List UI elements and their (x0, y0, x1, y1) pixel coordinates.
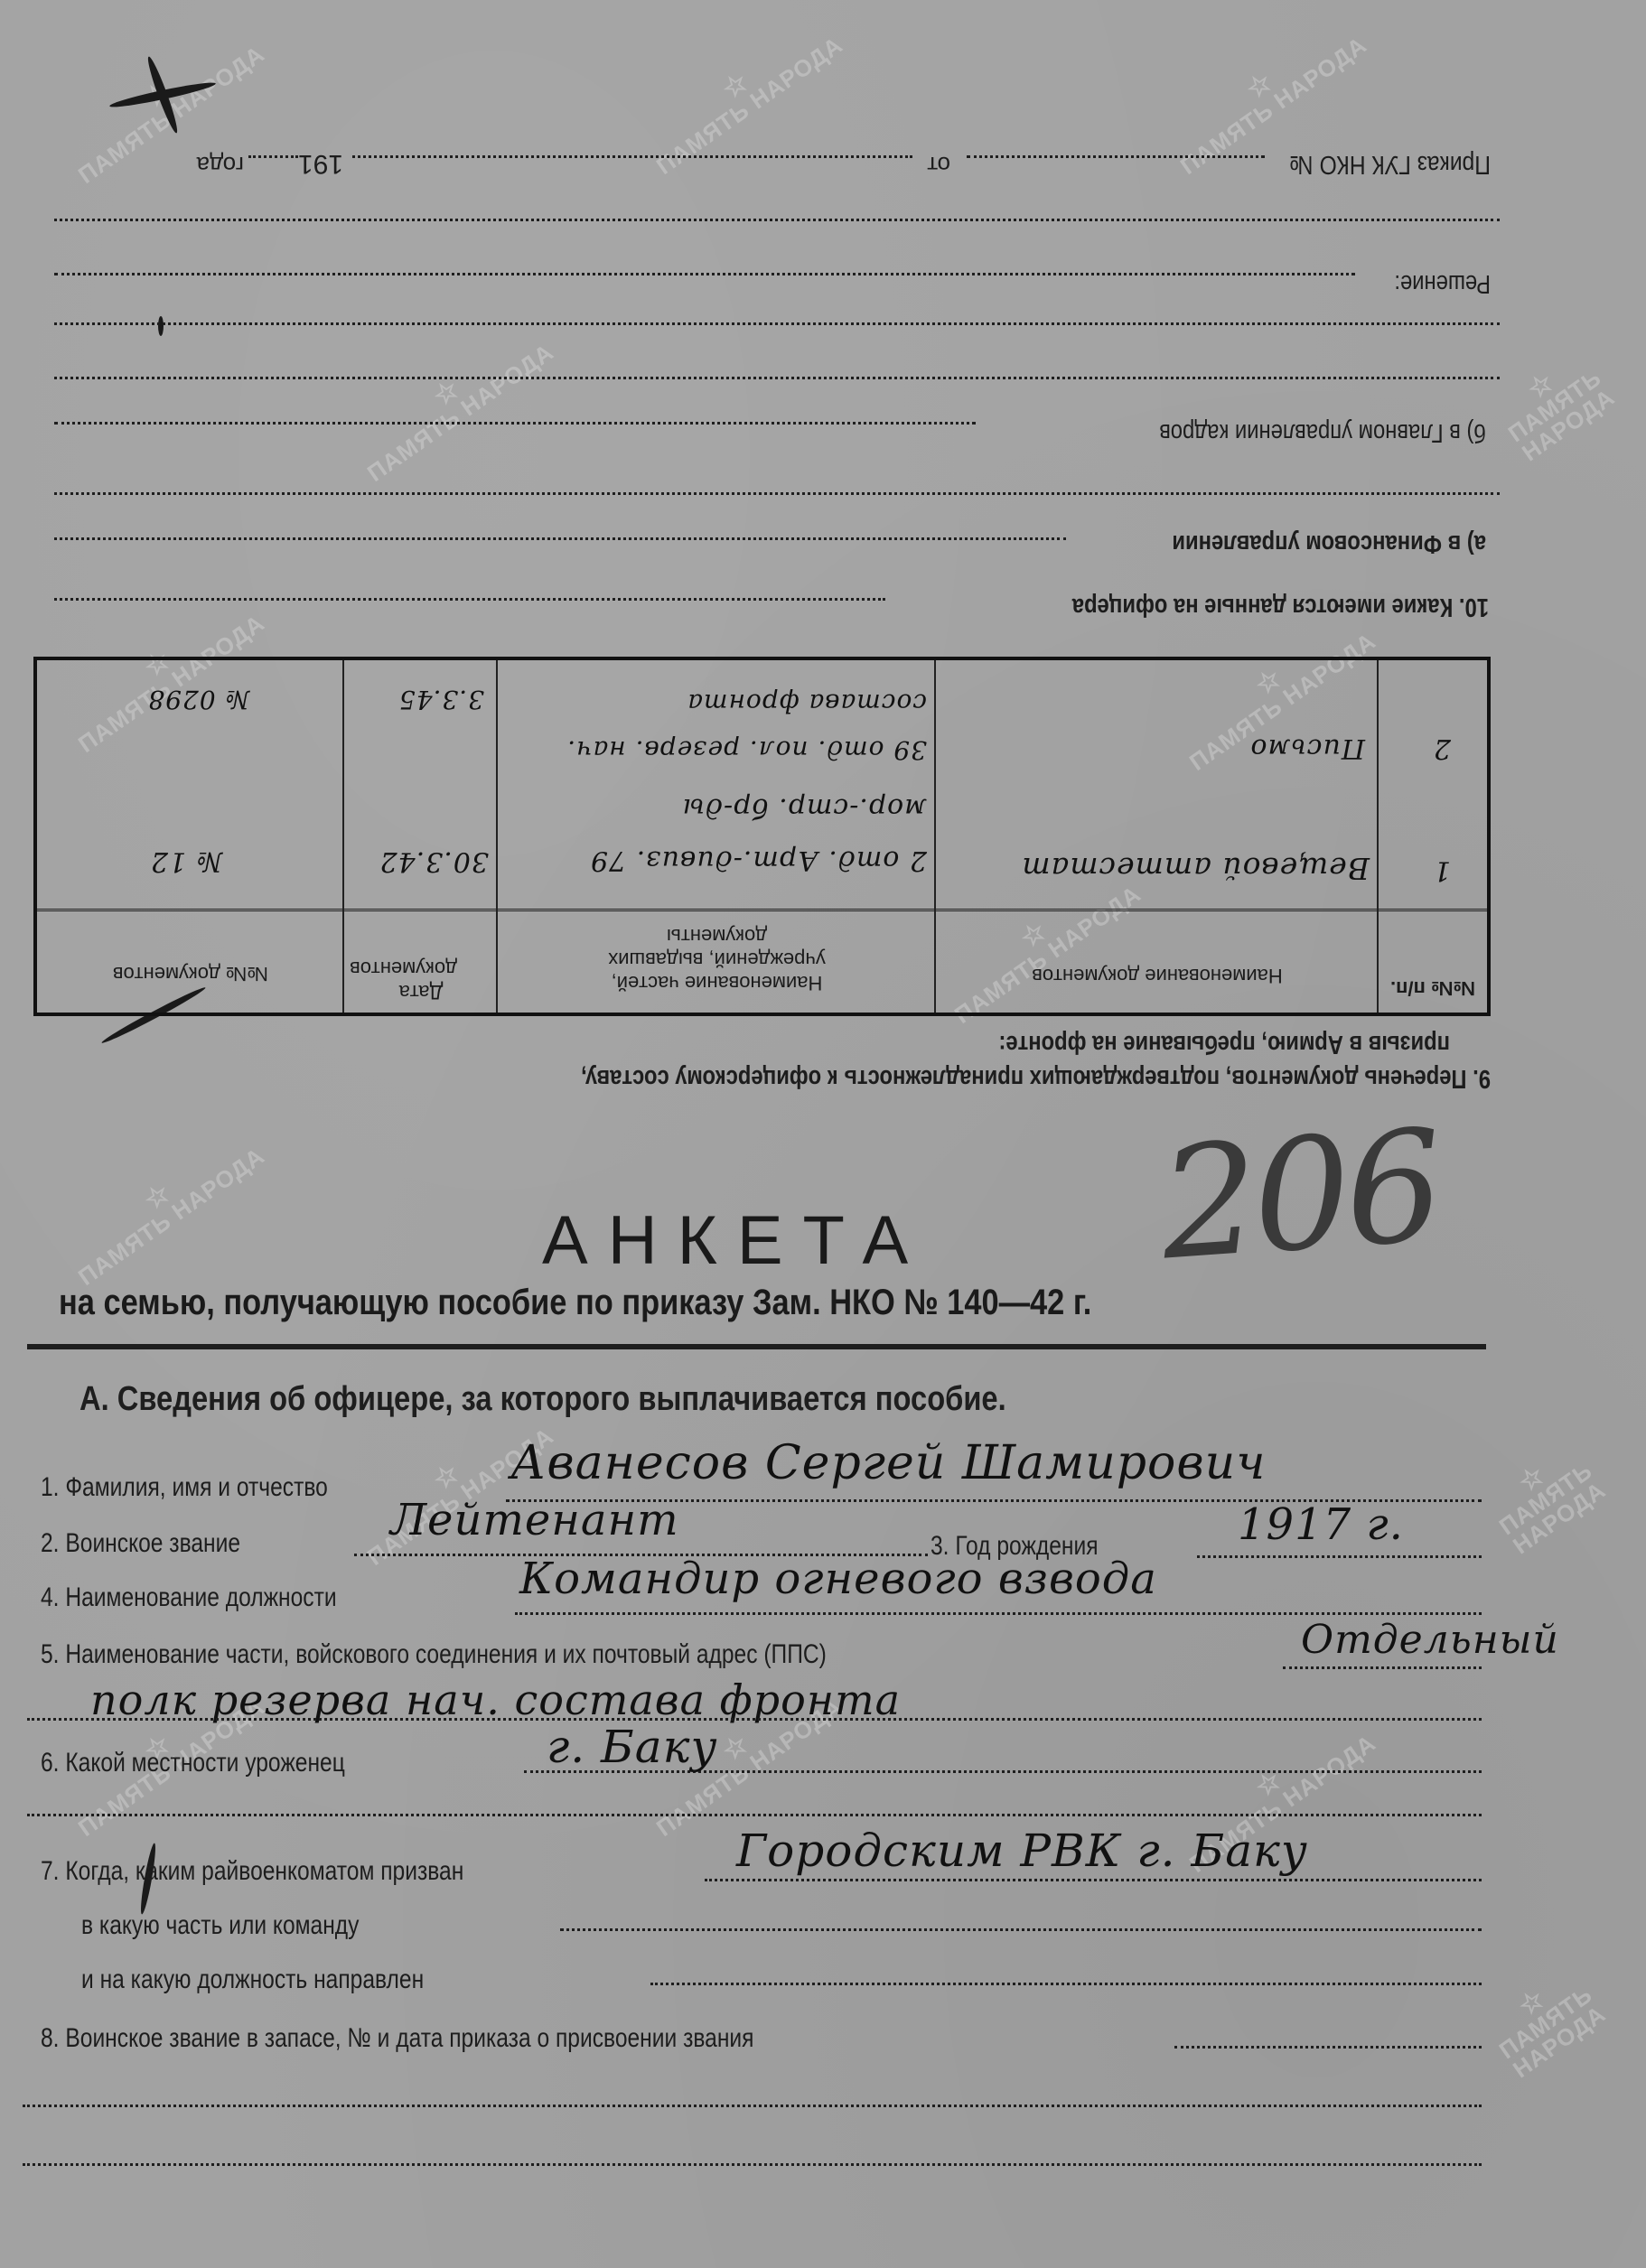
order-number-line (967, 155, 1265, 158)
row1-doc-name: Вещевой аттестат (1021, 851, 1370, 886)
field-1-value[interactable]: Аванесов Сергей Шамирович (510, 1436, 1266, 1490)
star-icon: ☆ (61, 1125, 255, 1270)
star-icon: ☆ (1444, 1412, 1622, 1546)
field-8-line-2 (23, 2105, 1482, 2107)
archive-number: 206 (1155, 1097, 1444, 1295)
field-2-label: 2. Воинское звание (41, 1528, 285, 1559)
row2-issuer: 39 отд. пол. резерв. нач. состава фронта (493, 679, 927, 773)
row1-issuer: 2 отд. Арт.-дивиз. 79 мор.-стр. бр-ды (511, 781, 927, 886)
watermark: ☆ПАМЯТЬ НАРОДА (61, 1125, 268, 1290)
item-b-label: б) в Главном управлении кадров (1088, 417, 1486, 447)
item-10-label: 10. Какие имеются данные на офицера (981, 592, 1489, 621)
documents-table: №№ п/п. Наименование документов Наименов… (33, 657, 1491, 1016)
order-from-label: от (927, 151, 950, 179)
field-5-line (1283, 1666, 1482, 1669)
row1-date: 30.3.42 (379, 845, 489, 877)
item-a-label: а) в Финансовом управлении (1103, 528, 1486, 558)
item-a-line-2 (54, 492, 1500, 495)
field-8-line (1174, 2046, 1482, 2049)
row2-num: 2 (1433, 733, 1451, 764)
field-4-line (515, 1612, 1482, 1615)
row1-doc-no: № 12 (150, 845, 222, 877)
table-header-num: №№ п/п. (1379, 976, 1487, 1000)
field-5-value[interactable]: Отдельный (1301, 1617, 1559, 1663)
item-b-line-2 (54, 377, 1500, 379)
field-6-label: 6. Какой местности уроженец (41, 1748, 412, 1778)
watermark: ☆ПАМЯТЬ НАРОДА (1444, 1412, 1646, 1584)
field-5-value-line2[interactable]: полк резерва нач. состава фронта (90, 1675, 901, 1724)
item-b-line-3 (54, 322, 1500, 325)
field-8-label: 8. Воинское звание в запасе, № и дата пр… (41, 2023, 911, 2054)
order-year-line (248, 155, 298, 158)
table-col-divider (1377, 660, 1379, 1013)
field-3-line (1197, 1555, 1482, 1558)
watermark: ☆ПАМЯТЬ НАРОДА (1444, 1936, 1646, 2108)
section-a-title: А. Сведения об офицере, за которого выпл… (79, 1380, 1157, 1419)
field-7-value[interactable]: Городским РВК г. Баку (736, 1825, 1308, 1877)
field-1-label: 1. Фамилия, имя и отчество (41, 1472, 391, 1503)
field-7a-line (560, 1928, 1482, 1931)
field-5-label: 5. Наименование части, войскового соедин… (41, 1639, 999, 1670)
field-5-line-2 (27, 1718, 1482, 1721)
item-10-line (54, 598, 885, 601)
order-date-line (352, 155, 912, 158)
row2-doc-no: № 0298 (147, 685, 249, 714)
form-title: АНКЕТА (542, 1201, 928, 1280)
item-9-heading: 9. Перечень документов, подтверждающих п… (381, 1063, 1491, 1093)
item-9-subheading: призыв в Армию, пребывание на фронте: (900, 1029, 1450, 1059)
table-header-doc-no: №№ документов (37, 962, 344, 985)
field-7-label: 7. Когда, каким райвоенкоматом призван (41, 1856, 556, 1887)
order-line: Приказ ГУК НКО № (1254, 149, 1491, 179)
table-header-date: Дата документов (344, 957, 498, 1003)
row2-doc-name: Письмо (1249, 733, 1365, 764)
field-8-line-3 (23, 2163, 1482, 2166)
order-year-suffix: года (197, 151, 244, 179)
field-4-value[interactable]: Командир огневого взвода (519, 1554, 1157, 1604)
document-page: ☆ПАМЯТЬ НАРОДА ☆ПАМЯТЬ НАРОДА ☆ПАМЯТЬ НА… (0, 0, 1646, 2268)
order-year-prefix: 191 (298, 148, 343, 179)
table-header-issuer: Наименование частей, учреждений, выдавши… (498, 924, 936, 994)
decision-line (54, 273, 1355, 275)
field-6-line-2 (27, 1814, 1482, 1816)
row2-date: 3.3.45 (398, 685, 484, 714)
item-a-line (54, 537, 1066, 540)
form-subtitle: на семью, получающую пособие по приказу … (59, 1283, 1259, 1323)
title-divider (27, 1344, 1486, 1349)
field-7a-label: в какую часть или команду (81, 1910, 420, 1941)
field-2-value[interactable]: Лейтенант (390, 1495, 679, 1545)
field-7-line (705, 1879, 1482, 1881)
inverted-section: 9. Перечень документов, подтверждающих п… (27, 117, 1500, 1093)
field-3-value[interactable]: 1917 г. (1238, 1499, 1404, 1550)
field-6-value[interactable]: г. Баку (547, 1721, 717, 1773)
item-b-line (54, 422, 976, 425)
decision-label: Решение: (1373, 268, 1491, 298)
decision-line-2 (54, 219, 1500, 221)
row1-num: 1 (1433, 854, 1451, 886)
field-7b-line (650, 1983, 1482, 1985)
table-header-divider (37, 909, 1487, 911)
table-header-doc-name: Наименование документов (936, 964, 1379, 987)
star-icon: ☆ (1444, 1936, 1622, 2070)
field-4-label: 4. Наименование должности (41, 1582, 402, 1613)
field-7b-label: и на какую должность направлен (81, 1965, 499, 1995)
